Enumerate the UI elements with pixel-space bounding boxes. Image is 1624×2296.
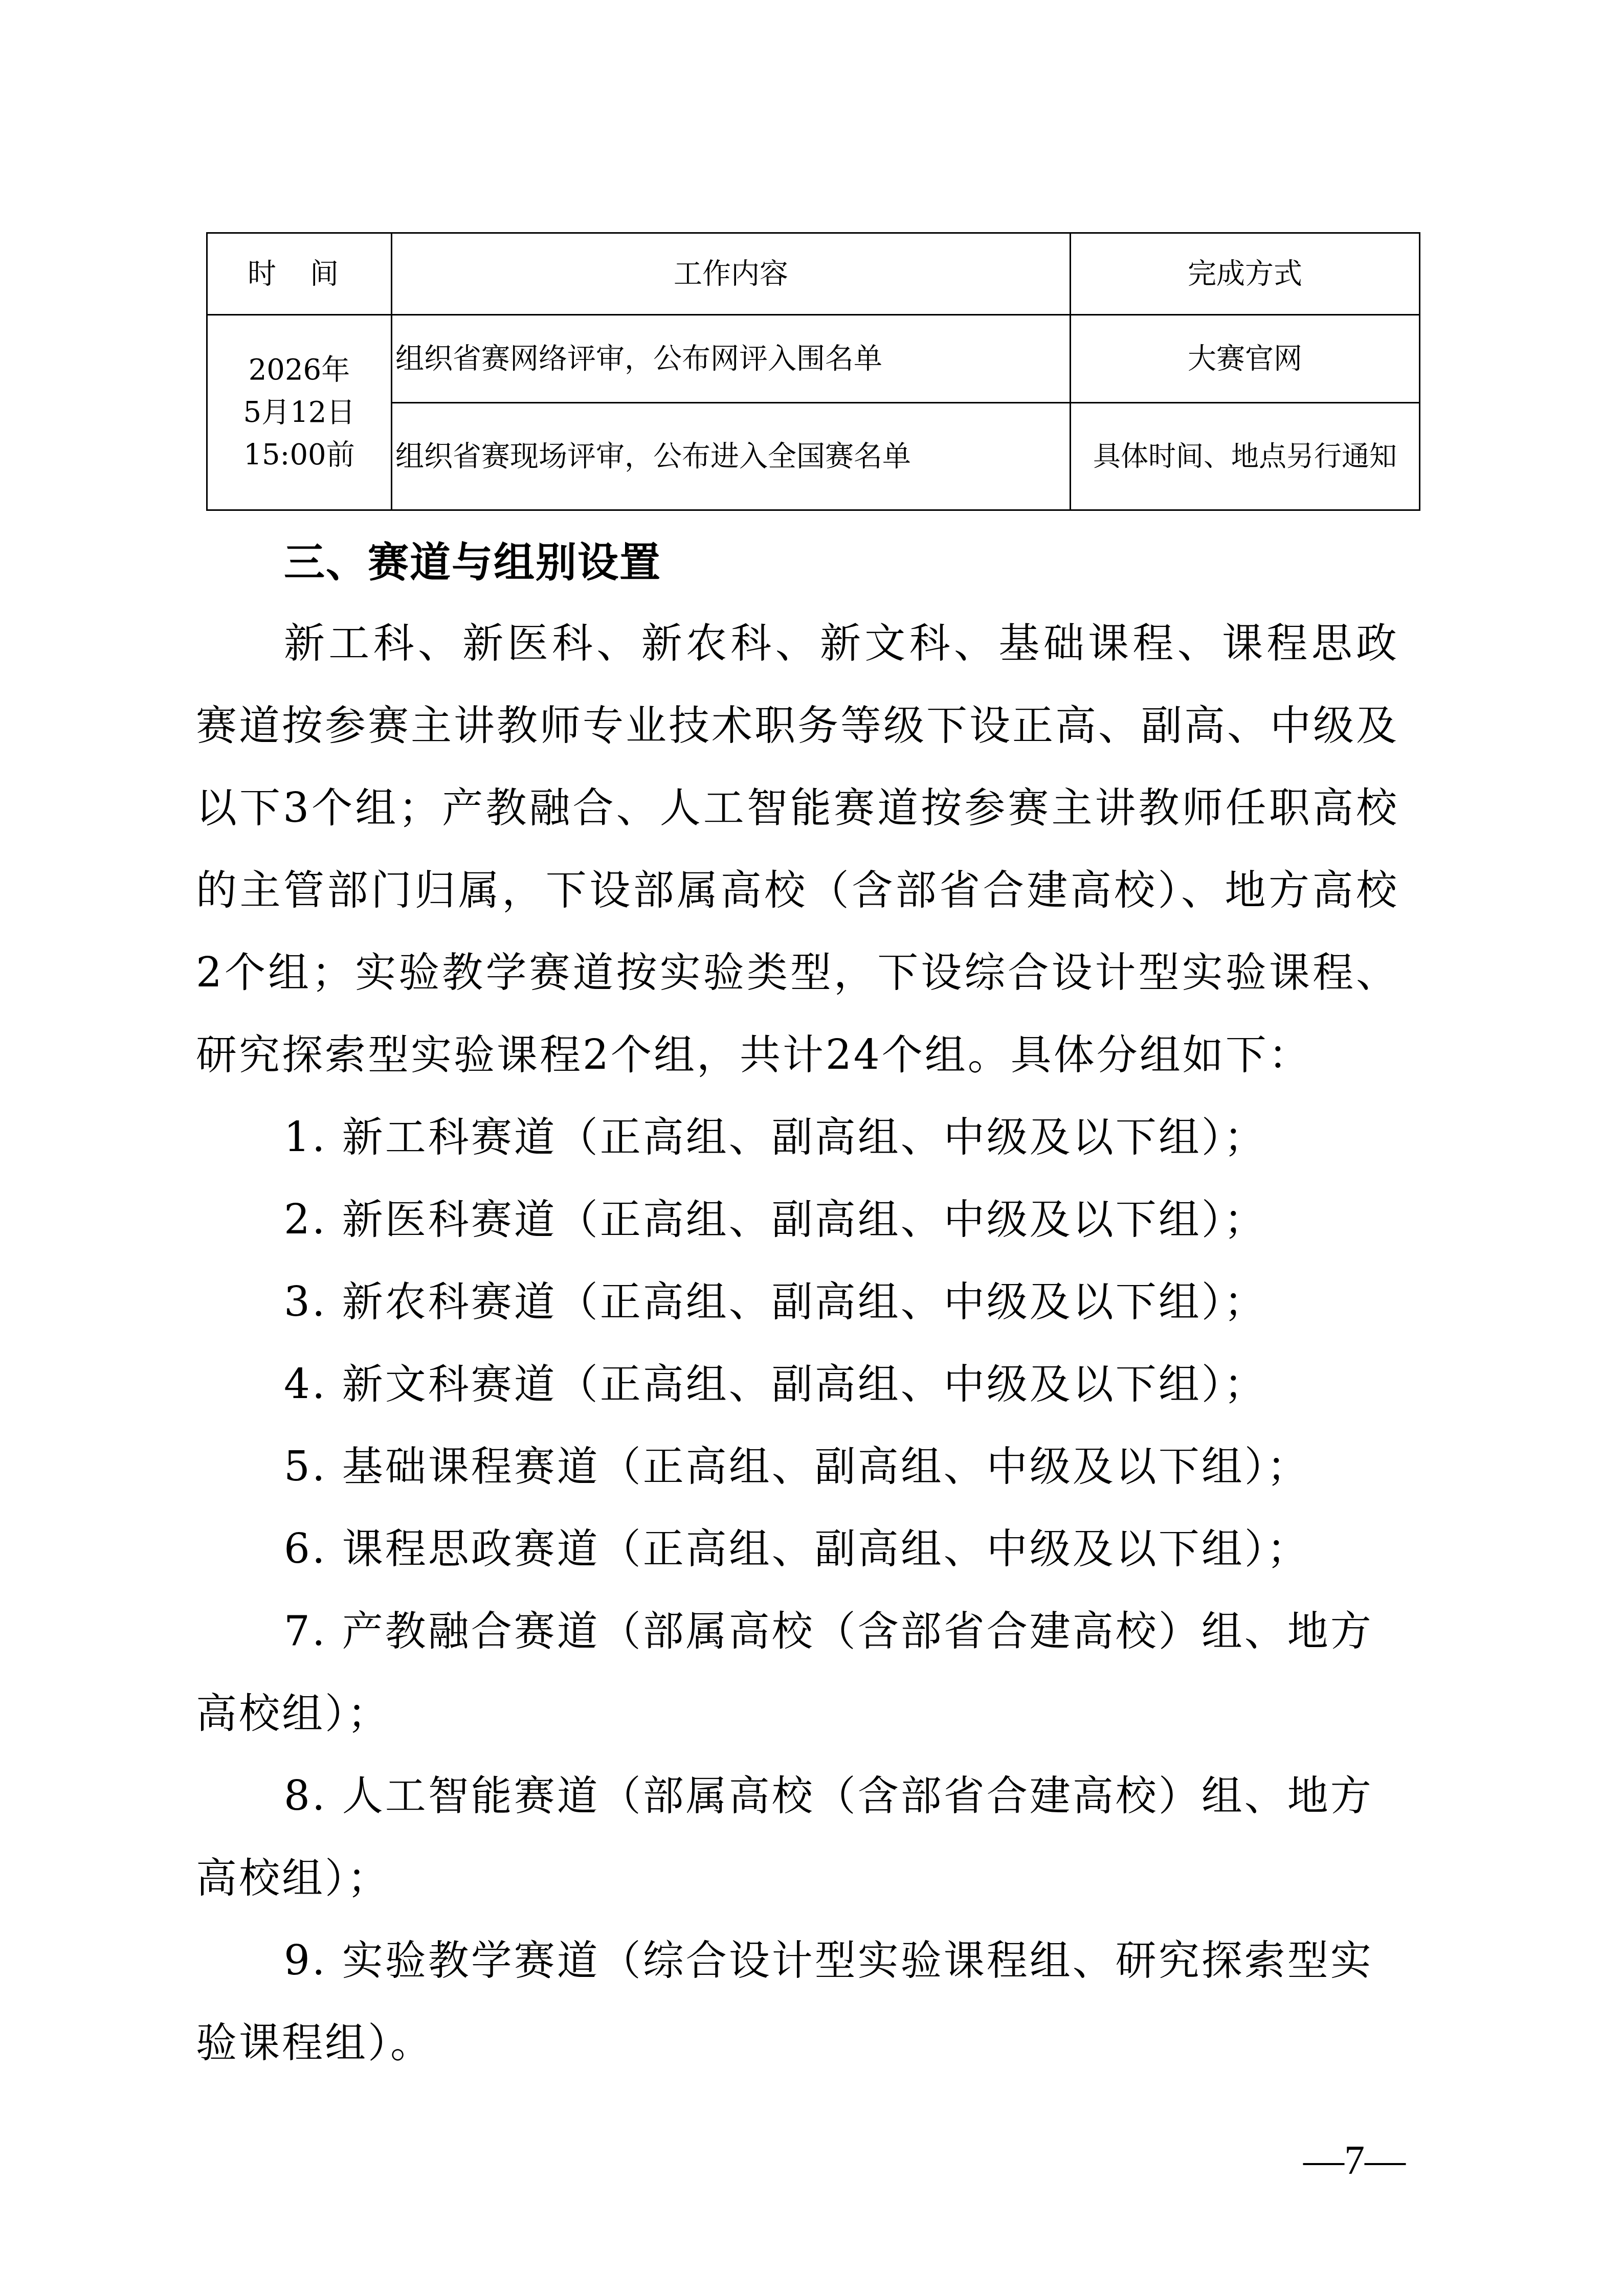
list-item: 7. 产教融合赛道（部属高校（含部省合建高校）组、地方高校组）； [196, 1590, 1399, 1754]
table-header-time: 时 间 [208, 234, 391, 314]
page-number: —7— [1303, 2137, 1406, 2184]
list-item: 5. 基础课程赛道（正高组、副高组、中级及以下组）； [196, 1425, 1399, 1507]
section-heading: 三、赛道与组别设置 [284, 532, 661, 593]
table-row-1-content: 组织省赛网络评审，公布网评入围名单 [392, 316, 1070, 402]
table-row-2-content: 组织省赛现场评审，公布进入全国赛名单 [392, 403, 1070, 509]
table-cell-time: 2026年 5月12日 15:00前 [208, 316, 391, 509]
table-row-1-method: 大赛官网 [1071, 316, 1419, 402]
section-body: 新工科、新医科、新农科、新文科、基础课程、课程思政赛道按参赛主讲教师专业技术职务… [196, 602, 1399, 2084]
list-item: 4. 新文科赛道（正高组、副高组、中级及以下组）； [196, 1343, 1399, 1425]
time-date: 5月12日 [243, 391, 355, 434]
list-item: 1. 新工科赛道（正高组、副高组、中级及以下组）； [196, 1096, 1399, 1178]
time-hour: 15:00前 [243, 434, 354, 476]
time-year: 2026年 [249, 349, 350, 391]
table-row-2-method: 具体时间、地点另行通知 [1071, 403, 1419, 509]
table-header-method: 完成方式 [1071, 234, 1419, 314]
list-item: 2. 新医科赛道（正高组、副高组、中级及以下组）； [196, 1178, 1399, 1260]
document-page: 时 间 工作内容 完成方式 2026年 5月12日 15:00前 组织省赛网络评… [0, 0, 1624, 2296]
table-header-content: 工作内容 [392, 234, 1070, 314]
list-item: 6. 课程思政赛道（正高组、副高组、中级及以下组）； [196, 1507, 1399, 1590]
list-item: 8. 人工智能赛道（部属高校（含部省合建高校）组、地方高校组）； [196, 1754, 1399, 1919]
list-item: 3. 新农科赛道（正高组、副高组、中级及以下组）； [196, 1260, 1399, 1343]
intro-paragraph: 新工科、新医科、新农科、新文科、基础课程、课程思政赛道按参赛主讲教师专业技术职务… [196, 602, 1399, 1096]
list-item: 9. 实验教学赛道（综合设计型实验课程组、研究探索型实验课程组）。 [196, 1919, 1399, 2084]
schedule-table: 时 间 工作内容 完成方式 2026年 5月12日 15:00前 组织省赛网络评… [206, 232, 1420, 511]
